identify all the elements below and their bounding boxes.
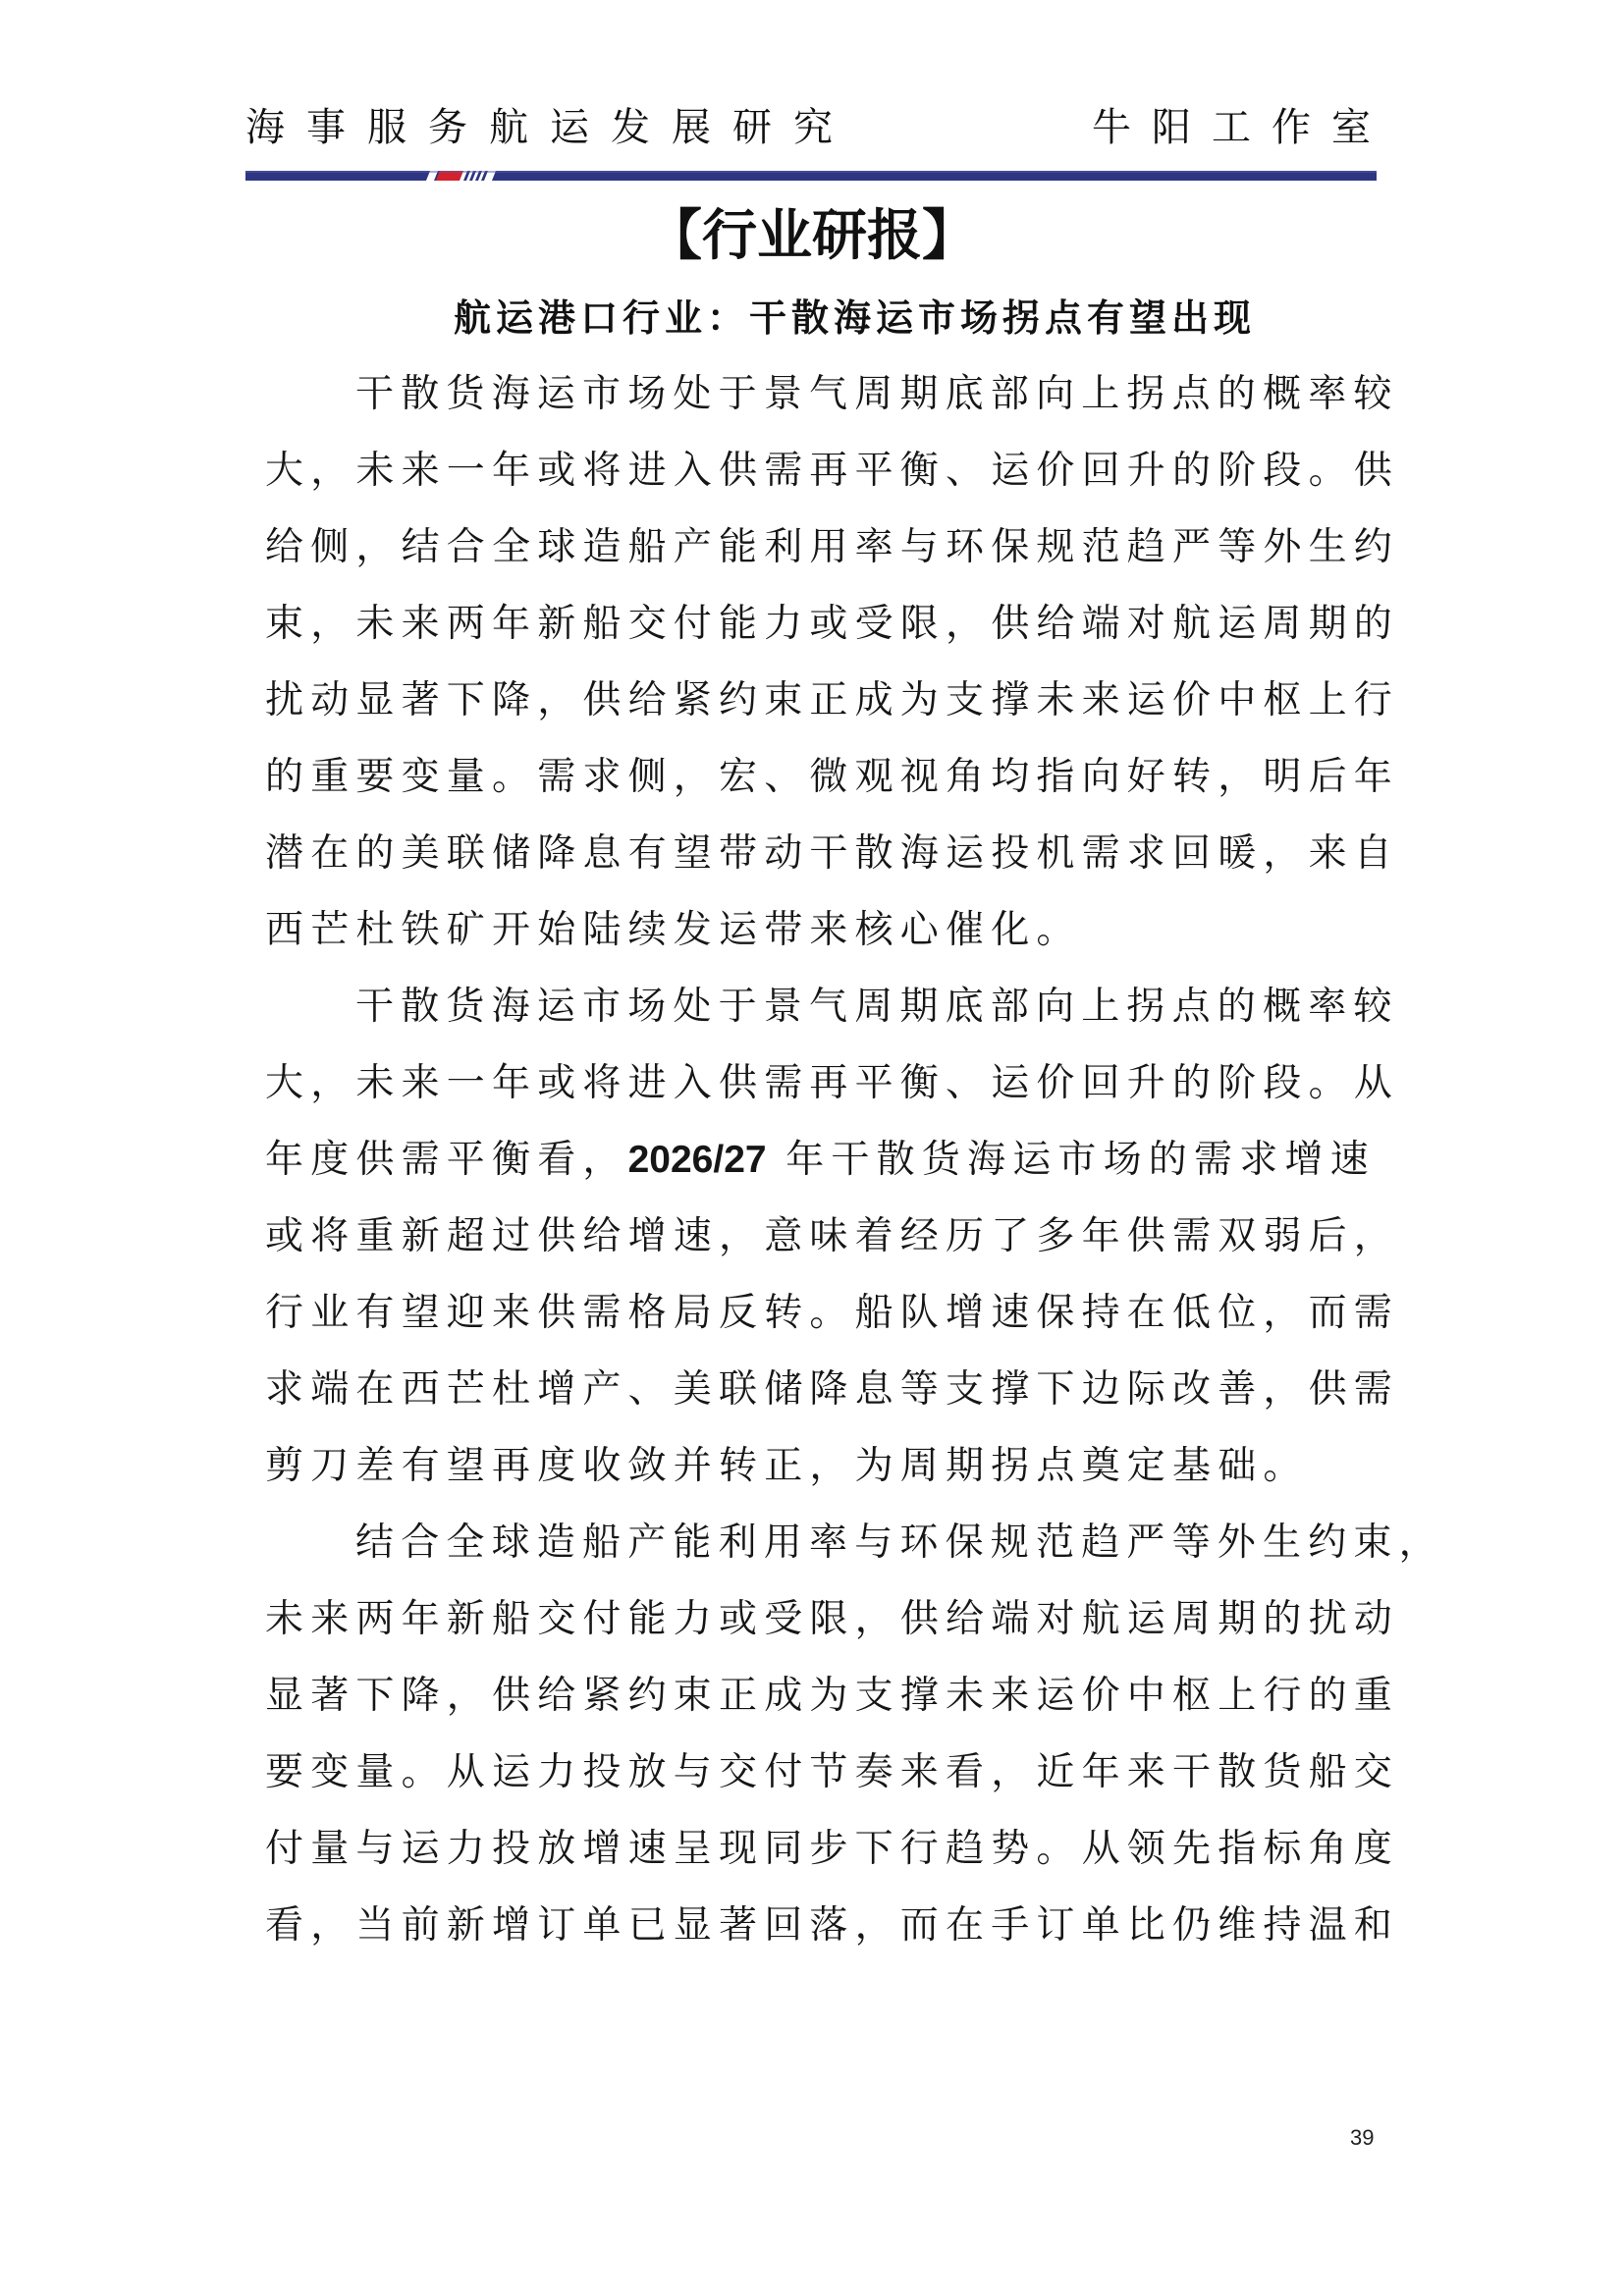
paragraph-3-line: 看，当前新增订单已显著回落，而在手订单比仍维持温和 bbox=[265, 1896, 1375, 1973]
header-publication-title: 海事服务航运发展研究 bbox=[245, 104, 854, 151]
paragraph-2-line: 或将重新超过供给增速，意味着经历了多年供需双弱后， bbox=[265, 1207, 1375, 1284]
article-body: 干散货海运市场处于景气周期底部向上拐点的概率较 大，未来一年或将进入供需再平衡、… bbox=[265, 365, 1375, 1973]
line-text: 年干散货海运市场的需求增速 bbox=[767, 1138, 1376, 1182]
paragraph-3-line: 付量与运力投放增速呈现同步下行趋势。从领先指标角度 bbox=[265, 1820, 1375, 1896]
paragraph-1-line: 束，未来两年新船交付能力或受限，供给端对航运周期的 bbox=[265, 595, 1375, 671]
paragraph-2-line: 大，未来一年或将进入供需再平衡、运价回升的阶段。从 bbox=[265, 1054, 1375, 1131]
section-title: 【行业研报】 bbox=[0, 204, 1624, 269]
year-range: 2026/27 bbox=[628, 1139, 767, 1181]
page-number: 39 bbox=[1350, 2124, 1374, 2152]
paragraph-1-line: 干散货海运市场处于景气周期底部向上拐点的概率较 bbox=[265, 365, 1375, 442]
header-stripe-decoration bbox=[245, 171, 1377, 181]
header-studio-name: 牛阳工作室 bbox=[1092, 104, 1391, 151]
paragraph-3-line: 未来两年新船交付能力或受限，供给端对航运周期的扰动 bbox=[265, 1590, 1375, 1667]
paragraph-2-line: 剪刀差有望再度收敛并转正，为周期拐点奠定基础。 bbox=[265, 1437, 1375, 1514]
paragraph-1-line: 扰动显著下降，供给紧约束正成为支撑未来运价中枢上行 bbox=[265, 671, 1375, 748]
paragraph-2-line: 求端在西芒杜增产、美联储降息等支撑下边际改善，供需 bbox=[265, 1361, 1375, 1437]
line-text: 年度供需平衡看， bbox=[265, 1138, 628, 1182]
paragraph-1-line: 给侧，结合全球造船产能利用率与环保规范趋严等外生约 bbox=[265, 518, 1375, 595]
header-divider-bar bbox=[245, 166, 1377, 176]
paragraph-3-line: 显著下降，供给紧约束正成为支撑未来运价中枢上行的重 bbox=[265, 1667, 1375, 1743]
paragraph-2-line: 年度供需平衡看，2026/27 年干散货海运市场的需求增速 bbox=[265, 1131, 1375, 1207]
paragraph-1-line: 的重要变量。需求侧，宏、微观视角均指向好转，明后年 bbox=[265, 748, 1375, 825]
paragraph-3-line: 结合全球造船产能利用率与环保规范趋严等外生约束， bbox=[265, 1514, 1375, 1590]
paragraph-3-line: 要变量。从运力投放与交付节奏来看，近年来干散货船交 bbox=[265, 1743, 1375, 1820]
section-title-text: 【行业研报】 bbox=[647, 204, 977, 269]
paragraph-1-line: 潜在的美联储降息有望带动干散海运投机需求回暖，来自 bbox=[265, 825, 1375, 901]
article-subtitle: 航运港口行业：干散海运市场拐点有望出现 bbox=[454, 293, 1256, 344]
paragraph-2-line: 行业有望迎来供需格局反转。船队增速保持在低位，而需 bbox=[265, 1284, 1375, 1361]
paragraph-2-line: 干散货海运市场处于景气周期底部向上拐点的概率较 bbox=[265, 978, 1375, 1054]
paragraph-1-line: 西芒杜铁矿开始陆续发运带来核心催化。 bbox=[265, 901, 1375, 978]
paragraph-1-line: 大，未来一年或将进入供需再平衡、运价回升的阶段。供 bbox=[265, 442, 1375, 518]
